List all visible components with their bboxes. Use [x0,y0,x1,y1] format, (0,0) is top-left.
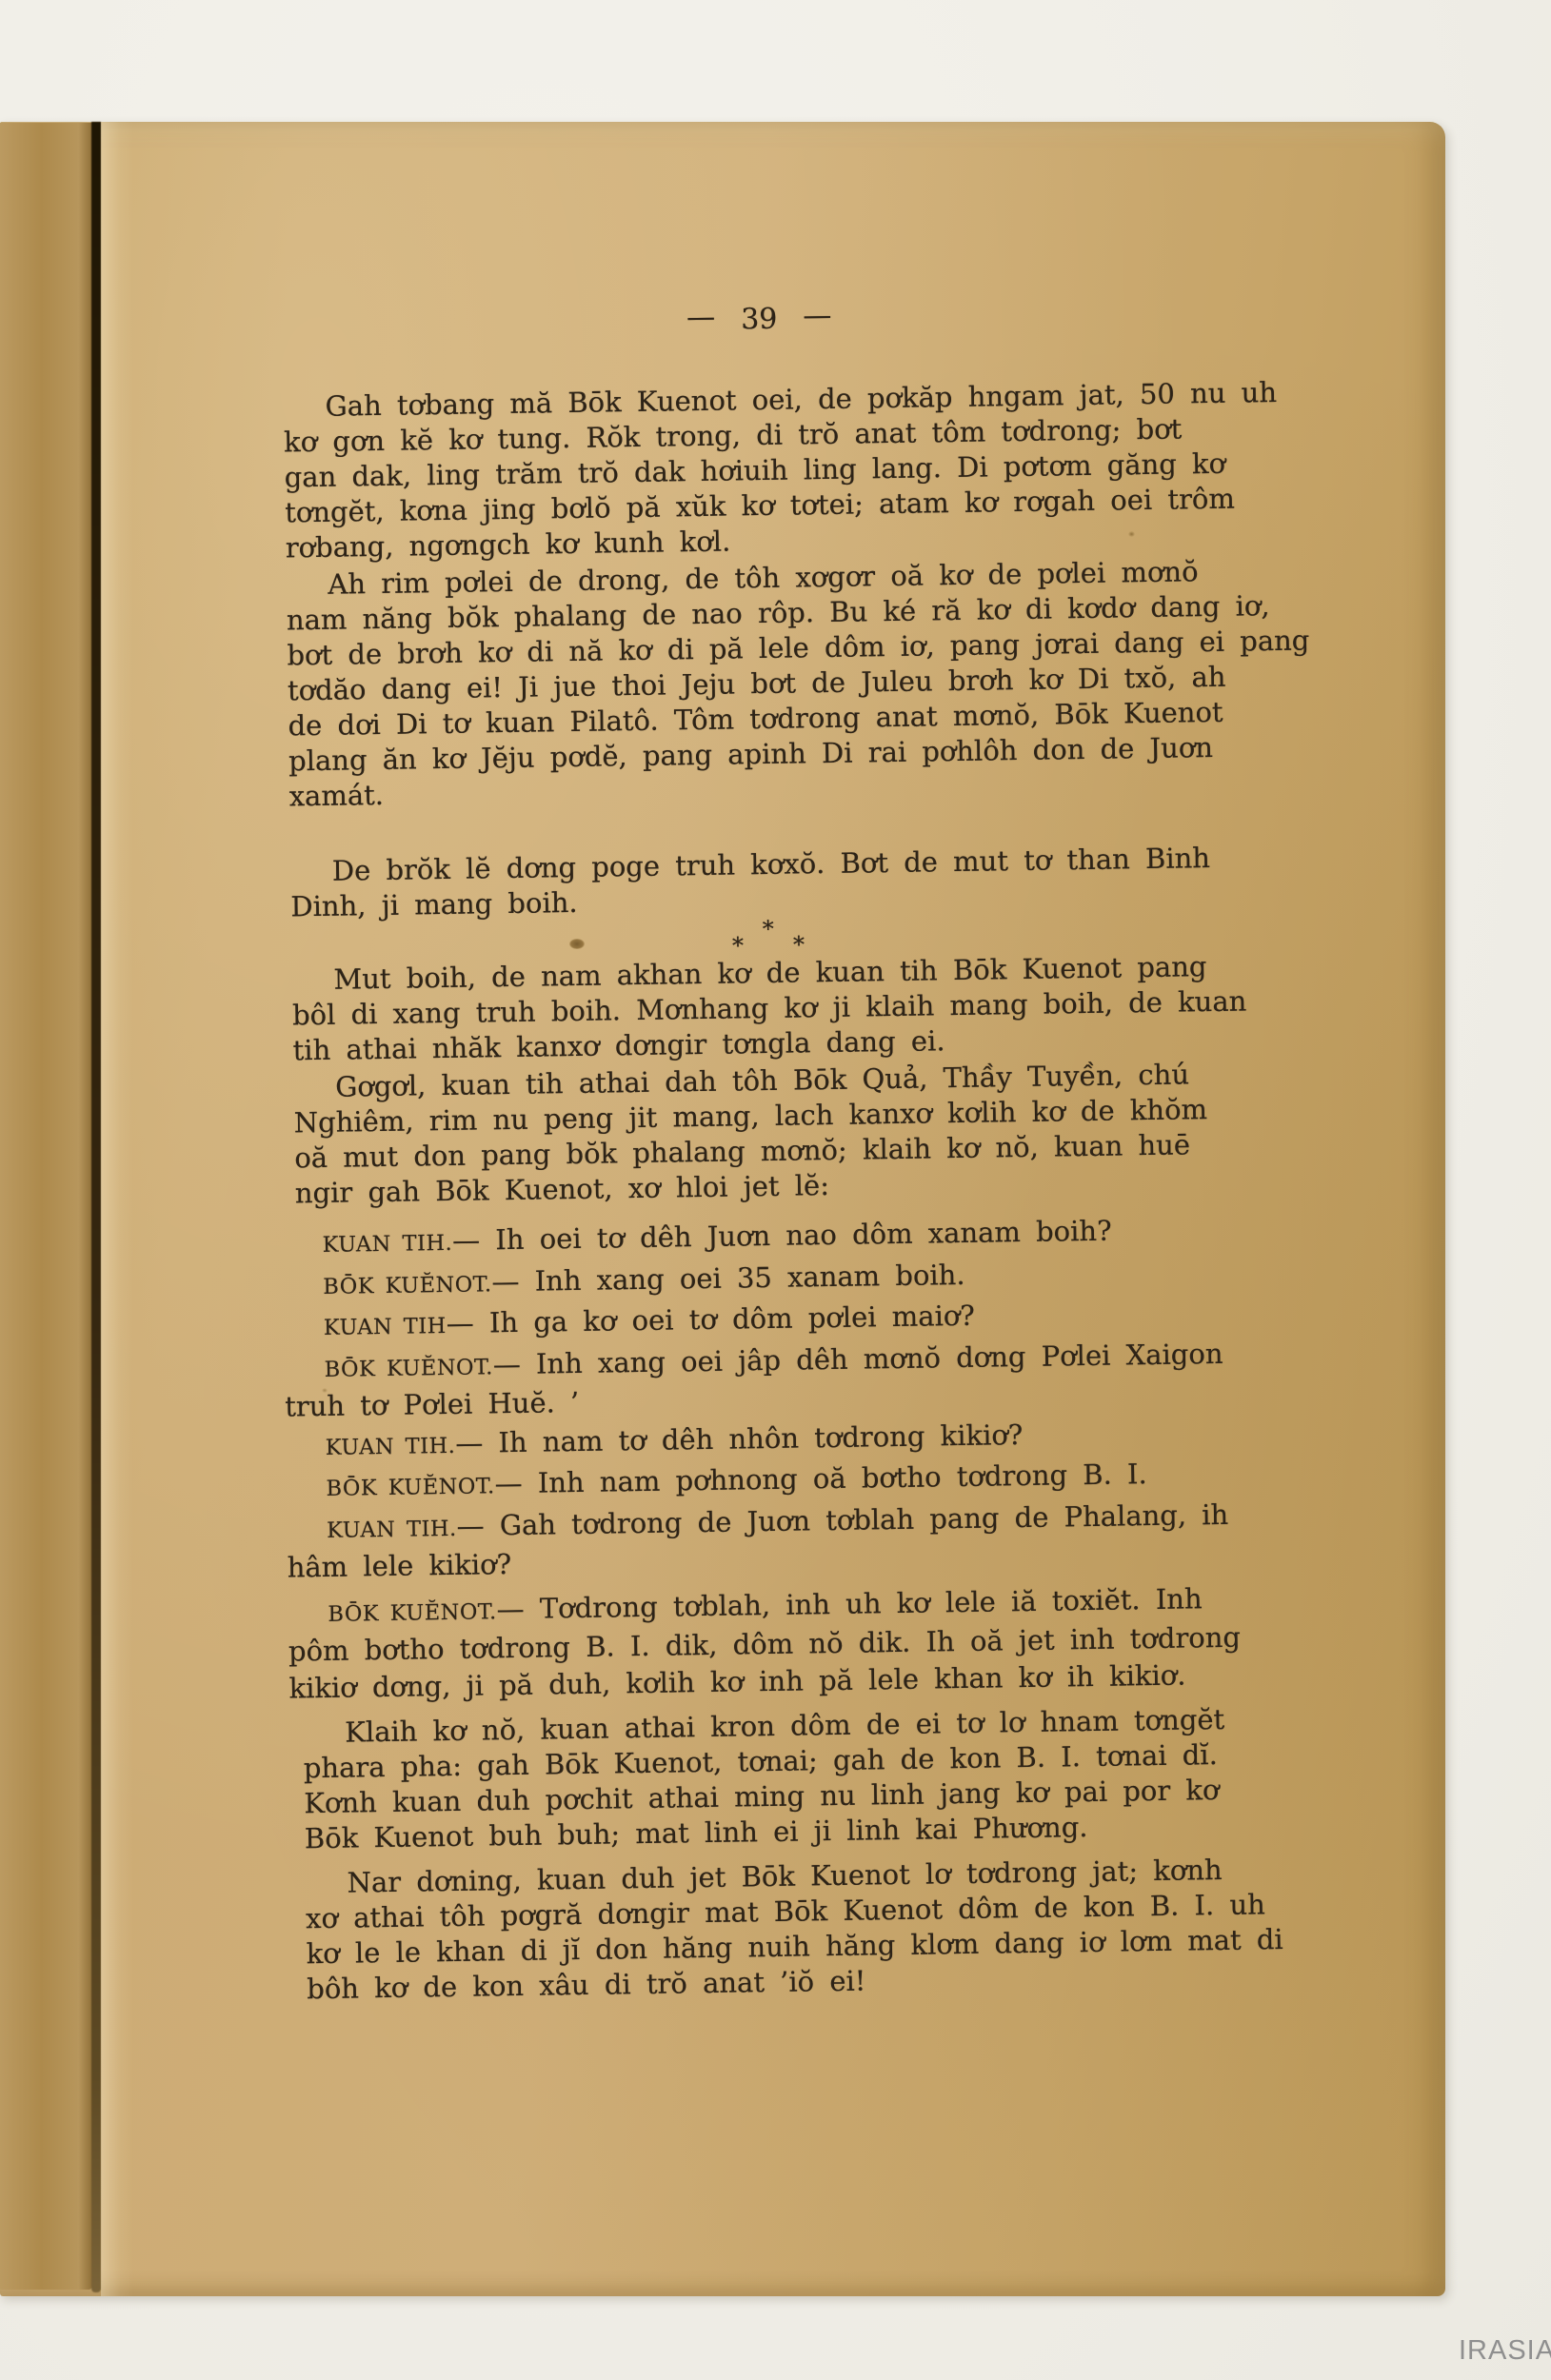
speaker-label: Kuan Tih. [327,1516,457,1542]
speaker-label: Bōk Kuĕnot. [326,1474,495,1501]
header-right-dash: — [803,297,832,335]
paragraph: Nar dơning, kuan duh jet Bōk Kuenot lơ t… [305,1852,1261,2007]
page-number: 39 [741,303,778,337]
paragraph: Gah tơbang mă Bōk Kuenot oei, de pơkăp h… [283,376,1240,566]
gutter-shadow-line [91,122,101,2292]
page-header: —39— [282,294,1236,347]
paragraph: De brŏk lĕ dơng poge truh kơxŏ. Bơt de m… [290,841,1245,925]
speaker-label: Kuan Tih [324,1314,447,1340]
book-gutter-edge [0,123,92,2290]
watermark-text: IRASIA [1459,2335,1551,2367]
speaker-label: Kuan Tih. [322,1231,452,1258]
page-text: —39— Gah tơbang mă Bōk Kuenot oei, de pơ… [282,294,1261,2008]
paragraph: Klaih kơ nŏ, kuan athai kron dôm de ei t… [303,1701,1259,1856]
dialogue-block: Bōk Kuĕnot.— Inh xang oei jâp dêh mơnŏ d… [297,1335,1252,1425]
paragraph: Ah rim pơlei de drong, de tôh xơgơr oă k… [286,554,1243,815]
paragraph: Mut boih, de nam akhan kơ de kuan tih Bō… [291,948,1247,1068]
speaker-label: Bōk Kuĕnot. [328,1599,497,1627]
dialogue-block: Kuan Tih.— Gah tơdrong de Juơn tơblah pa… [300,1496,1255,1586]
scanned-page: —39— Gah tơbang mă Bōk Kuenot oei, de pơ… [0,122,1445,2296]
speaker-label: Bōk Kuĕnot. [323,1272,492,1299]
page-crease [101,122,133,2296]
paragraph: Gơgơl, kuan tih athai dah tôh Bōk Quả, T… [293,1056,1249,1211]
dialogue-block: Bōk Kuĕnot.— Tơdrong tơblah, inh uh kơ l… [301,1579,1257,1706]
speaker-label: Bōk Kuĕnot. [324,1355,493,1382]
header-left-dash: — [686,299,716,337]
speaker-label: Kuan Tih. [326,1433,456,1459]
